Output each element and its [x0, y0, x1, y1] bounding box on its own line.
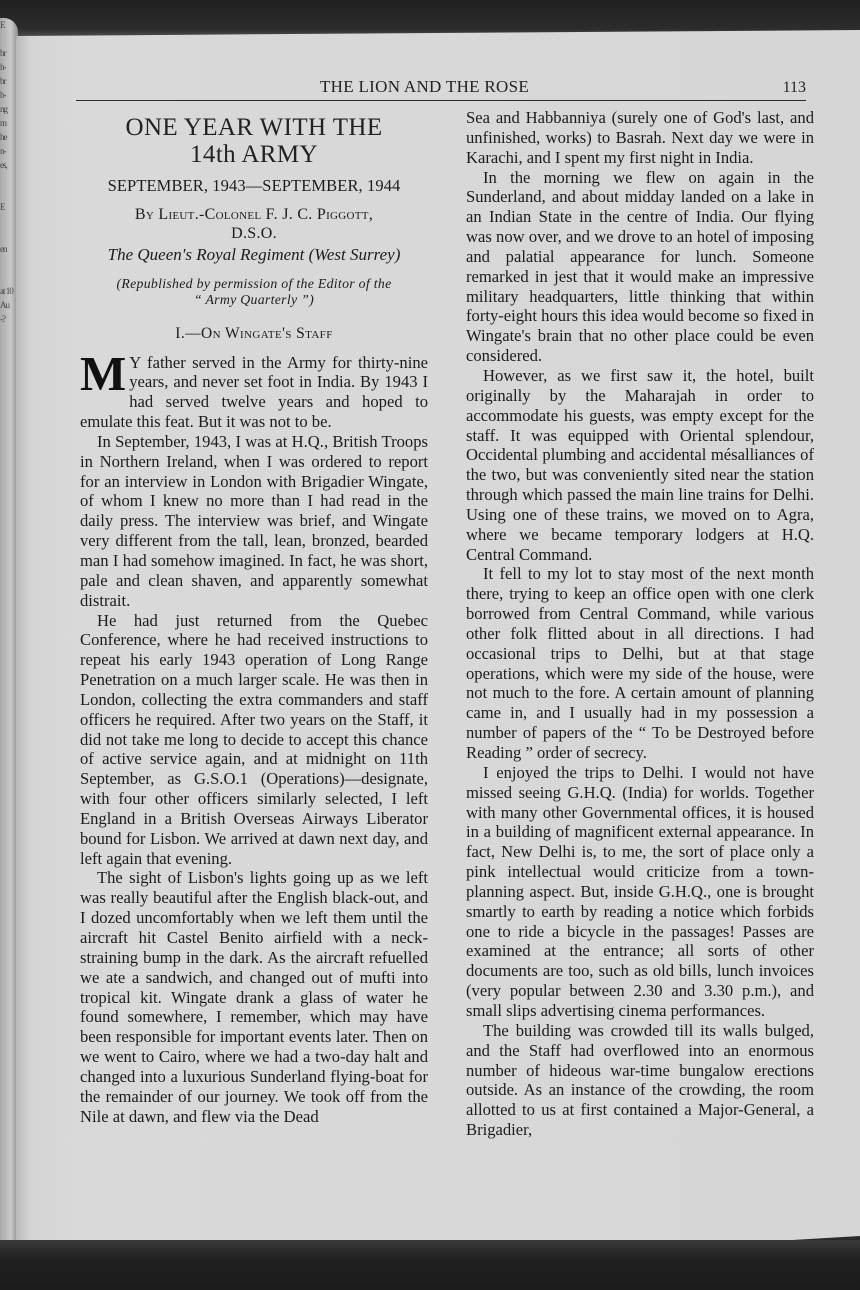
paragraph: The sight of Lisbon's lights going up as… — [80, 868, 428, 1126]
running-head: THE LION AND THE ROSE 113 — [76, 74, 806, 101]
note-line-2: “ Army Quarterly ”) — [80, 292, 428, 308]
book-binding-bottom — [0, 1240, 860, 1290]
paragraph: However, as we first saw it, the hotel, … — [466, 366, 814, 564]
paragraph: I enjoyed the trips to Delhi. I would no… — [466, 763, 814, 1021]
section-heading: I.—On Wingate's Staff — [80, 324, 428, 344]
republication-note: (Republished by permission of the Editor… — [80, 276, 428, 308]
running-title: THE LION AND THE ROSE — [320, 77, 529, 97]
byline-line-2: D.S.O. — [80, 224, 428, 243]
paragraph: MY father served in the Army for thirty-… — [80, 353, 428, 432]
paragraph: The building was crowded till its walls … — [466, 1021, 814, 1140]
note-line-1: (Republished by permission of the Editor… — [80, 276, 428, 292]
book-page: THE LION AND THE ROSE 113 ONE YEAR WITH … — [16, 30, 860, 1252]
previous-page-margin-text: E br h- br b- ng m he n- es, E en at 10 … — [0, 18, 14, 1280]
article-dates: SEPTEMBER, 1943—SEPTEMBER, 1944 — [80, 176, 428, 196]
paragraph: In September, 1943, I was at H.Q., Briti… — [80, 432, 428, 611]
drop-cap: M — [80, 355, 126, 393]
left-column: ONE YEAR WITH THE 14th ARMY SEPTEMBER, 1… — [80, 108, 428, 1126]
article-regiment: The Queen's Royal Regiment (West Surrey) — [80, 245, 428, 265]
paragraph: He had just returned from the Quebec Con… — [80, 611, 428, 869]
paragraph: It fell to my lot to stay most of the ne… — [466, 564, 814, 762]
byline-line-1: By Lieut.-Colonel F. J. C. Piggott, — [80, 205, 428, 224]
article-title: ONE YEAR WITH THE 14th ARMY — [80, 114, 428, 168]
article-byline: By Lieut.-Colonel F. J. C. Piggott, D.S.… — [80, 205, 428, 243]
page-number: 113 — [783, 79, 806, 97]
right-column: Sea and Habbanniya (surely one of God's … — [466, 108, 814, 1140]
paragraph: In the morning we flew on again in the S… — [466, 168, 814, 366]
paragraph-text: Y father served in the Army for thirty-n… — [80, 353, 428, 432]
article-title-line-2: 14th ARMY — [80, 141, 428, 168]
book-binding-top — [0, 0, 860, 36]
previous-page-edge: E br h- br b- ng m he n- es, E en at 10 … — [0, 18, 18, 1280]
article-title-line-1: ONE YEAR WITH THE — [80, 114, 428, 141]
paragraph: Sea and Habbanniya (surely one of God's … — [466, 108, 814, 168]
